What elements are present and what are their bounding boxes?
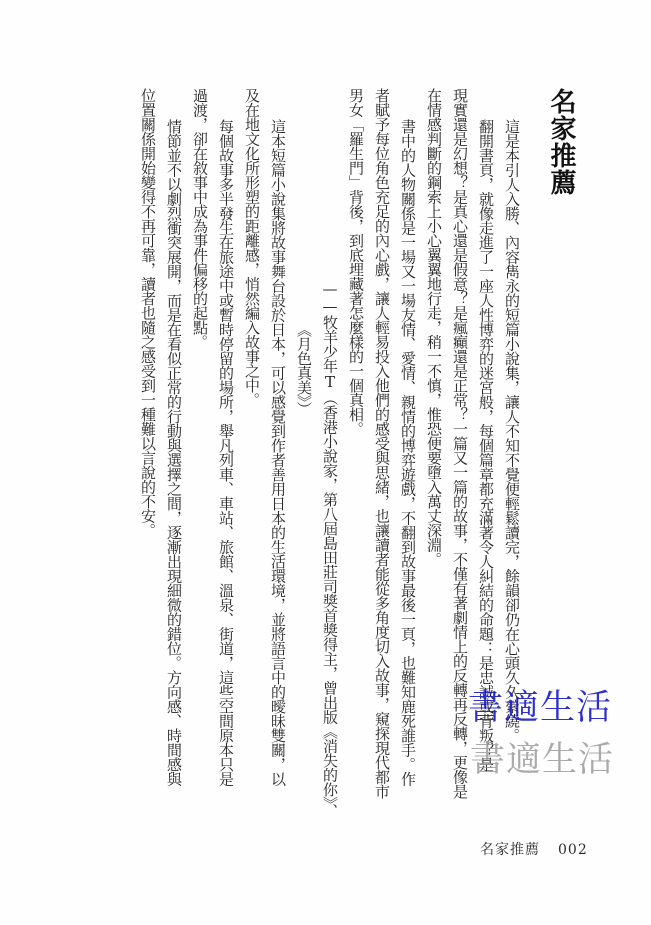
footer-section-label: 名家推薦 bbox=[480, 842, 540, 858]
text-column: 這是本引人入勝、內容雋永的短篇小說集，讓人不知不覺便輕鬆讀完，餘韻卻仍在心頭久久… bbox=[499, 88, 525, 802]
text-column: 及在地文化所形塑的距離感，悄然編入故事之中。 bbox=[239, 88, 265, 802]
text-column: 男女「羅生門」背後，到底埋藏著怎麼樣的一個真相。 bbox=[343, 88, 369, 802]
attribution-line: 《月色真美》） bbox=[291, 88, 317, 802]
review-2: 這本短篇小說集將故事舞台設於日本，可以感覺到作者善用日本的生活環境，並將語言中的… bbox=[135, 88, 291, 802]
attribution-line: ——牧羊少年T（香港小說家，第八屆島田莊司獎首獎得主，曾出版《消失的你》、 bbox=[317, 88, 343, 802]
page-title: 名家推薦 bbox=[541, 88, 581, 802]
text-column: 位置關係開始變得不再可靠，讀者也隨之感受到一種難以言說的不安。 bbox=[135, 88, 161, 802]
page-footer: 名家推薦002 bbox=[480, 839, 588, 859]
text-column: 過渡，卻在敘事中成為事件偏移的起點。 bbox=[187, 88, 213, 802]
page-body: 名家推薦 這是本引人入勝、內容雋永的短篇小說集，讓人不知不覺便輕鬆讀完，餘韻卻仍… bbox=[135, 88, 595, 802]
text-column: 書中的人物關係是一場又一場友情、愛情、親情的博弈遊戲，不翻到故事最後一頁，也難知… bbox=[395, 88, 421, 802]
text-column: 情節並不以劇烈衝突展開，而是在看似正常的行動與選擇之間，逐漸出現細微的錯位。方向… bbox=[161, 88, 187, 802]
review-1: 這是本引人入勝、內容雋永的短篇小說集，讓人不知不覺便輕鬆讀完，餘韻卻仍在心頭久久… bbox=[291, 88, 525, 802]
text-column: 這本短篇小說集將故事舞台設於日本，可以感覺到作者善用日本的生活環境，並將語言中的… bbox=[265, 88, 291, 802]
footer-page-number: 002 bbox=[558, 842, 588, 858]
book-page-sheet: 名家推薦 這是本引人入勝、內容雋永的短篇小說集，讓人不知不覺便輕鬆讀完，餘韻卻仍… bbox=[0, 0, 651, 925]
text-column: 翻開書頁，就像走進了一座人性博弈的迷宮般，每個篇章都充滿著令人糾結的命題：是忠誠… bbox=[473, 88, 499, 802]
text-column: 現實還是幻想？是真心還是假意？是瘋癲還是正常？一篇又一篇的故事，不僅有著劇情上的… bbox=[447, 88, 473, 802]
text-column: 者賦予每位角色充足的內心戲，讓人輕易投入他們的感受與思緒，也讓讀者能從多角度切入… bbox=[369, 88, 395, 802]
text-column: 每個故事多半發生在旅途中或暫時停留的場所，舉凡列車、車站、旅館、溫泉、街道，這些… bbox=[213, 88, 239, 802]
text-column: 在情感判斷的鋼索上小心翼翼地行走，稍一不慎，惟恐便要墮入萬丈深淵。 bbox=[421, 88, 447, 802]
